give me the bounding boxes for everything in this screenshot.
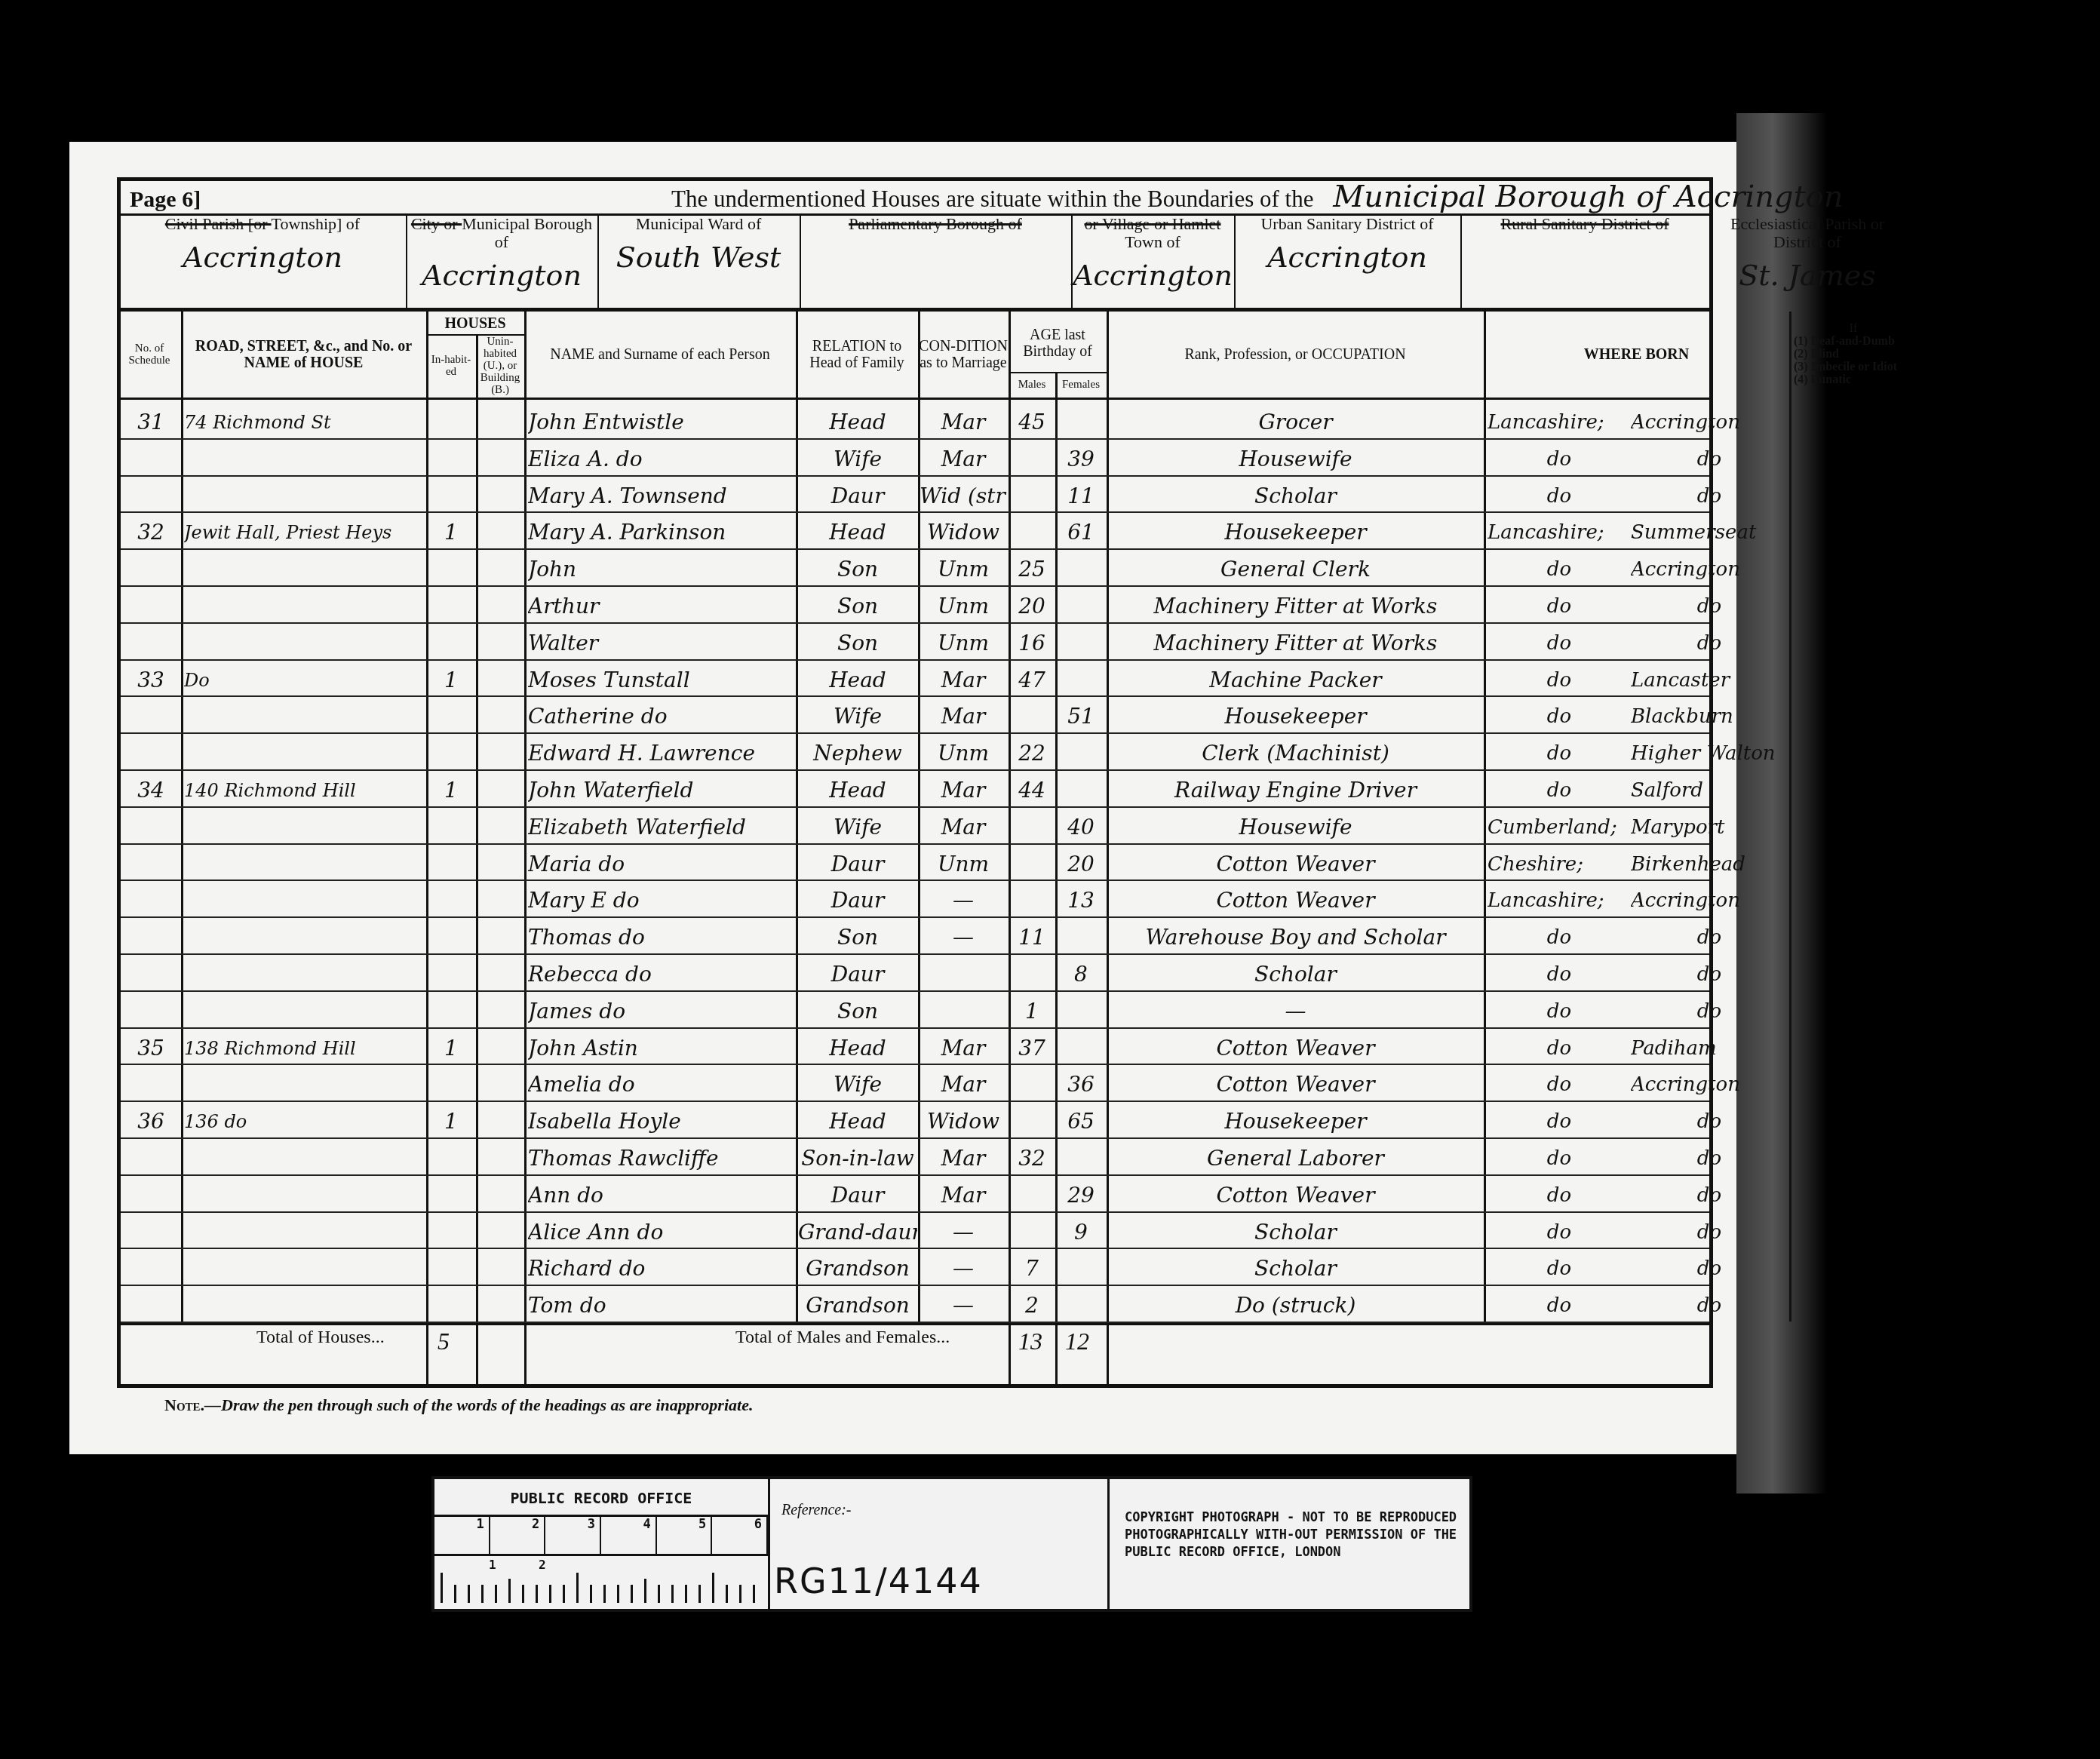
row-schedule: 33 bbox=[122, 660, 180, 697]
row-address bbox=[184, 1285, 424, 1322]
row-occupation: Housewife bbox=[1109, 807, 1482, 844]
row-born-place: do bbox=[1631, 1101, 1788, 1138]
col-houses: HOUSES bbox=[426, 313, 524, 334]
row-address bbox=[184, 439, 424, 476]
row-relation: Wife bbox=[798, 1064, 917, 1101]
row-born-county: Lancashire; bbox=[1487, 880, 1631, 917]
place-cell: City or Municipal Borough ofAccrington bbox=[406, 215, 597, 309]
row-name: Arthur bbox=[528, 586, 796, 623]
boundary-statement: The undermentioned Houses are situate wi… bbox=[671, 180, 1844, 214]
scale-mark: 2 bbox=[490, 1517, 546, 1554]
divider bbox=[1071, 216, 1073, 308]
row-address bbox=[184, 1212, 424, 1249]
col-condition: CON-DITION as to Marriage bbox=[918, 313, 1009, 396]
row-address bbox=[184, 1138, 424, 1175]
row-born-county: Cheshire; bbox=[1487, 844, 1631, 881]
row-relation: Wife bbox=[798, 439, 917, 476]
row-schedule bbox=[122, 733, 180, 770]
row-born-county: do bbox=[1487, 1138, 1631, 1175]
row-address bbox=[184, 733, 424, 770]
row-born-county: do bbox=[1487, 476, 1631, 513]
row-relation: Daur bbox=[798, 1175, 917, 1212]
row-born-place: Birkenhead bbox=[1631, 844, 1788, 881]
col-infirmity: If(1) Deaf-and-Dumb(2) Blind(3) Imbecile… bbox=[1794, 313, 1913, 396]
row-address bbox=[184, 807, 424, 844]
row-condition: Mar bbox=[920, 402, 1007, 439]
row-born-county: do bbox=[1487, 991, 1631, 1028]
column-rule bbox=[1789, 312, 1791, 1322]
row-condition bbox=[920, 991, 1007, 1028]
row-born-county: do bbox=[1487, 439, 1631, 476]
place-value: St. James bbox=[1709, 259, 1905, 292]
ruler-tick bbox=[658, 1585, 660, 1603]
row-inhabited bbox=[428, 1064, 474, 1101]
row-occupation: Clerk (Machinist) bbox=[1109, 733, 1482, 770]
scale-mark: 5 bbox=[657, 1517, 713, 1554]
row-occupation: Grocer bbox=[1109, 402, 1482, 439]
row-born-place: Padiham bbox=[1631, 1028, 1788, 1065]
row-male-age bbox=[1010, 1212, 1054, 1249]
row-inhabited: 1 bbox=[428, 1028, 474, 1065]
row-name: John Waterfield bbox=[528, 770, 796, 807]
col-schedule: No. of Schedule bbox=[119, 313, 180, 396]
row-address bbox=[184, 1064, 424, 1101]
row-occupation: Housewife bbox=[1109, 439, 1482, 476]
record-office-scale: PUBLIC RECORD OFFICE 123456 12 bbox=[434, 1479, 770, 1609]
row-name: Tom do bbox=[528, 1285, 796, 1322]
ruler-tick bbox=[712, 1573, 714, 1603]
row-male-age bbox=[1010, 807, 1054, 844]
row-born-place: do bbox=[1631, 623, 1788, 660]
row-occupation: Scholar bbox=[1109, 954, 1482, 991]
row-female-age: 9 bbox=[1057, 1212, 1105, 1249]
row-male-age bbox=[1010, 696, 1054, 733]
row-address: Do bbox=[184, 660, 424, 697]
row-name: Moses Tunstall bbox=[528, 660, 796, 697]
boundary-text: The undermentioned Houses are situate wi… bbox=[671, 186, 1313, 212]
row-condition: Mar bbox=[920, 1138, 1007, 1175]
row-inhabited bbox=[428, 1175, 474, 1212]
row-occupation: General Laborer bbox=[1109, 1138, 1482, 1175]
ruler-mark: 1 bbox=[489, 1558, 496, 1572]
row-female-age bbox=[1057, 1028, 1105, 1065]
row-address bbox=[184, 954, 424, 991]
row-born-county: do bbox=[1487, 1101, 1631, 1138]
row-schedule bbox=[122, 696, 180, 733]
divider bbox=[800, 216, 801, 308]
place-cell: Parliamentary Borough of bbox=[800, 215, 1071, 309]
row-occupation: Scholar bbox=[1109, 1212, 1482, 1249]
row-male-age: 32 bbox=[1010, 1138, 1054, 1175]
row-address: 140 Richmond Hill bbox=[184, 770, 424, 807]
row-address bbox=[184, 549, 424, 586]
row-female-age: 51 bbox=[1057, 696, 1105, 733]
row-relation: Son bbox=[798, 586, 917, 623]
row-condition: Mar bbox=[920, 1064, 1007, 1101]
row-born-place: do bbox=[1631, 1248, 1788, 1285]
row-female-age: 13 bbox=[1057, 880, 1105, 917]
row-name: Richard do bbox=[528, 1248, 796, 1285]
row-female-age: 8 bbox=[1057, 954, 1105, 991]
row-name: Isabella Hoyle bbox=[528, 1101, 796, 1138]
row-born-place: do bbox=[1631, 586, 1788, 623]
row-relation: Head bbox=[798, 1028, 917, 1065]
row-name: Amelia do bbox=[528, 1064, 796, 1101]
ruler-tick bbox=[549, 1585, 551, 1603]
row-schedule: 31 bbox=[122, 402, 180, 439]
page-label: Page 6] bbox=[130, 187, 201, 213]
row-occupation: Warehouse Boy and Scholar bbox=[1109, 917, 1482, 954]
row-born-place: Lancaster bbox=[1631, 660, 1788, 697]
row-schedule bbox=[122, 991, 180, 1028]
row-occupation: General Clerk bbox=[1109, 549, 1482, 586]
row-condition: Wid (struck) bbox=[920, 476, 1007, 513]
row-female-age bbox=[1057, 660, 1105, 697]
row-born-county: Lancashire; bbox=[1487, 512, 1631, 549]
row-female-age: 65 bbox=[1057, 1101, 1105, 1138]
row-occupation: — bbox=[1109, 991, 1482, 1028]
reference-value: RG11/4144 bbox=[774, 1561, 983, 1601]
row-inhabited bbox=[428, 623, 474, 660]
row-schedule bbox=[122, 880, 180, 917]
row-female-age: 39 bbox=[1057, 439, 1105, 476]
row-name: Rebecca do bbox=[528, 954, 796, 991]
row-male-age: 22 bbox=[1010, 733, 1054, 770]
row-male-age bbox=[1010, 880, 1054, 917]
place-label: Civil Parish [or Township] of bbox=[119, 215, 406, 233]
total-females-value: 12 bbox=[1065, 1328, 1089, 1355]
total-houses-label: Total of Houses... bbox=[256, 1328, 385, 1348]
divider bbox=[406, 216, 407, 308]
row-inhabited bbox=[428, 807, 474, 844]
ruler-tick bbox=[508, 1579, 511, 1603]
total-males-value: 13 bbox=[1018, 1328, 1042, 1355]
row-schedule bbox=[122, 476, 180, 513]
row-born-county: do bbox=[1487, 770, 1631, 807]
row-inhabited bbox=[428, 439, 474, 476]
row-name: Eliza A. do bbox=[528, 439, 796, 476]
row-schedule bbox=[122, 1138, 180, 1175]
row-female-age: 29 bbox=[1057, 1175, 1105, 1212]
row-inhabited bbox=[428, 954, 474, 991]
row-name: Walter bbox=[528, 623, 796, 660]
record-office-title: PUBLIC RECORD OFFICE bbox=[434, 1479, 768, 1517]
row-condition: — bbox=[920, 1212, 1007, 1249]
place-value: Accrington bbox=[406, 259, 597, 292]
row-born-place: Summerseat bbox=[1631, 512, 1788, 549]
col-relation: RELATION to Head of Family bbox=[796, 313, 918, 396]
total-persons-label: Total of Males and Females... bbox=[735, 1328, 950, 1348]
infirmity-option: (1) Deaf-and-Dumb bbox=[1794, 335, 1895, 348]
row-inhabited bbox=[428, 476, 474, 513]
row-schedule: 36 bbox=[122, 1101, 180, 1138]
row-condition: Mar bbox=[920, 770, 1007, 807]
column-rule bbox=[524, 312, 527, 1388]
divider bbox=[1709, 216, 1711, 308]
row-occupation: Cotton Weaver bbox=[1109, 1175, 1482, 1212]
row-male-age bbox=[1010, 954, 1054, 991]
ruler-tick bbox=[685, 1585, 687, 1603]
row-schedule bbox=[122, 954, 180, 991]
ruler-tick bbox=[698, 1585, 701, 1603]
ruler-tick bbox=[753, 1585, 755, 1603]
row-female-age bbox=[1057, 402, 1105, 439]
infirmity-if: If bbox=[1794, 323, 1913, 335]
row-inhabited bbox=[428, 586, 474, 623]
divider bbox=[1460, 216, 1462, 308]
place-label: Ecclesiastical Parish or District of bbox=[1709, 215, 1905, 251]
infirmity-option: (2) Blind bbox=[1794, 348, 1839, 361]
column-rule bbox=[1484, 312, 1486, 1322]
row-female-age bbox=[1057, 549, 1105, 586]
row-occupation: Machinery Fitter at Works bbox=[1109, 623, 1482, 660]
row-born-county: Lancashire; bbox=[1487, 402, 1631, 439]
record-office-label: PUBLIC RECORD OFFICE 123456 12 Reference… bbox=[431, 1476, 1472, 1612]
infirmity-option: (4) Lunatic bbox=[1794, 373, 1851, 386]
ruler-tick bbox=[644, 1579, 646, 1603]
row-schedule bbox=[122, 1175, 180, 1212]
row-born-county: do bbox=[1487, 1248, 1631, 1285]
row-inhabited bbox=[428, 1248, 474, 1285]
row-born-place: do bbox=[1631, 1212, 1788, 1249]
place-cell: Ecclesiastical Parish or District ofSt. … bbox=[1709, 215, 1905, 309]
row-female-age bbox=[1057, 917, 1105, 954]
row-condition: Widow bbox=[920, 512, 1007, 549]
row-relation: Head bbox=[798, 660, 917, 697]
row-address: 74 Richmond St bbox=[184, 402, 424, 439]
infirmity-option: (3) Imbecile or Idiot bbox=[1794, 361, 1897, 373]
row-born-place: Salford bbox=[1631, 770, 1788, 807]
row-occupation: Machine Packer bbox=[1109, 660, 1482, 697]
row-female-age: 20 bbox=[1057, 844, 1105, 881]
row-born-place: do bbox=[1631, 1175, 1788, 1212]
row-inhabited bbox=[428, 733, 474, 770]
row-occupation: Railway Engine Driver bbox=[1109, 770, 1482, 807]
copyright-notice: COPYRIGHT PHOTOGRAPH - NOT TO BE REPRODU… bbox=[1110, 1479, 1472, 1609]
row-inhabited bbox=[428, 402, 474, 439]
row-relation: Son bbox=[798, 549, 917, 586]
place-value: Accrington bbox=[1071, 259, 1234, 292]
row-name: John Astin bbox=[528, 1028, 796, 1065]
reference-box: Reference:- RG11/4144 bbox=[770, 1479, 1110, 1609]
row-schedule bbox=[122, 1248, 180, 1285]
scale-marks: 123456 bbox=[434, 1517, 768, 1556]
row-male-age bbox=[1010, 476, 1054, 513]
row-born-county: do bbox=[1487, 1212, 1631, 1249]
place-label: Parliamentary Borough of bbox=[800, 215, 1071, 233]
row-address bbox=[184, 696, 424, 733]
row-condition: Mar bbox=[920, 660, 1007, 697]
row-condition: — bbox=[920, 917, 1007, 954]
column-rule bbox=[476, 336, 478, 1388]
row-condition: Mar bbox=[920, 1028, 1007, 1065]
row-male-age: 20 bbox=[1010, 586, 1054, 623]
row-born-place: do bbox=[1631, 439, 1788, 476]
row-occupation: Cotton Weaver bbox=[1109, 1028, 1482, 1065]
row-condition: Mar bbox=[920, 696, 1007, 733]
row-relation: Head bbox=[798, 402, 917, 439]
row-inhabited bbox=[428, 696, 474, 733]
row-occupation: Do (struck) bbox=[1109, 1285, 1482, 1322]
scale-mark: 4 bbox=[601, 1517, 657, 1554]
row-condition: Unm bbox=[920, 586, 1007, 623]
row-female-age bbox=[1057, 991, 1105, 1028]
row-male-age: 7 bbox=[1010, 1248, 1054, 1285]
place-label: Municipal Ward of bbox=[597, 215, 800, 233]
row-name: Mary E do bbox=[528, 880, 796, 917]
row-schedule bbox=[122, 586, 180, 623]
row-inhabited bbox=[428, 917, 474, 954]
row-male-age: 45 bbox=[1010, 402, 1054, 439]
row-condition: — bbox=[920, 1285, 1007, 1322]
row-born-place: Accrington bbox=[1631, 549, 1788, 586]
col-name: NAME and Surname of each Person bbox=[524, 313, 796, 396]
row-address: 138 Richmond Hill bbox=[184, 1028, 424, 1065]
row-schedule bbox=[122, 844, 180, 881]
ruler-tick bbox=[454, 1585, 456, 1603]
row-born-county: do bbox=[1487, 1175, 1631, 1212]
row-born-place: Higher Walton bbox=[1631, 733, 1788, 770]
row-male-age bbox=[1010, 1175, 1054, 1212]
col-where-born: WHERE BORN bbox=[1484, 313, 1789, 396]
row-name: Elizabeth Waterfield bbox=[528, 807, 796, 844]
row-schedule bbox=[122, 623, 180, 660]
ruler-tick bbox=[468, 1585, 470, 1603]
row-male-age bbox=[1010, 1064, 1054, 1101]
row-born-county: do bbox=[1487, 696, 1631, 733]
row-occupation: Housekeeper bbox=[1109, 512, 1482, 549]
row-condition: Unm bbox=[920, 844, 1007, 881]
row-inhabited: 1 bbox=[428, 660, 474, 697]
row-occupation: Cotton Weaver bbox=[1109, 844, 1482, 881]
row-schedule bbox=[122, 549, 180, 586]
row-relation: Son bbox=[798, 991, 917, 1028]
row-name: James do bbox=[528, 991, 796, 1028]
row-born-place: Accrington bbox=[1631, 402, 1788, 439]
ruler-tick bbox=[631, 1585, 633, 1603]
row-occupation: Cotton Weaver bbox=[1109, 1064, 1482, 1101]
divider bbox=[117, 398, 1713, 400]
row-address: 136 do bbox=[184, 1101, 424, 1138]
row-born-county: do bbox=[1487, 954, 1631, 991]
row-born-county: Cumberland; bbox=[1487, 807, 1631, 844]
col-age: AGE last Birthday of bbox=[1009, 313, 1107, 373]
row-occupation: Scholar bbox=[1109, 1248, 1482, 1285]
row-born-place: do bbox=[1631, 991, 1788, 1028]
place-cell: Civil Parish [or Township] ofAccrington bbox=[119, 215, 406, 309]
row-male-age: 11 bbox=[1010, 917, 1054, 954]
ruler-tick bbox=[617, 1585, 619, 1603]
row-relation: Head bbox=[798, 770, 917, 807]
row-inhabited bbox=[428, 991, 474, 1028]
ruler-tick bbox=[590, 1585, 592, 1603]
row-condition: Mar bbox=[920, 439, 1007, 476]
row-inhabited: 1 bbox=[428, 512, 474, 549]
row-name: Ann do bbox=[528, 1175, 796, 1212]
row-occupation: Housekeeper bbox=[1109, 1101, 1482, 1138]
row-name: John Entwistle bbox=[528, 402, 796, 439]
row-inhabited bbox=[428, 844, 474, 881]
row-address bbox=[184, 476, 424, 513]
row-inhabited bbox=[428, 549, 474, 586]
row-name: Edward H. Lawrence bbox=[528, 733, 796, 770]
row-occupation: Cotton Weaver bbox=[1109, 880, 1482, 917]
row-male-age: 37 bbox=[1010, 1028, 1054, 1065]
row-born-place: do bbox=[1631, 954, 1788, 991]
row-name: Mary A. Townsend bbox=[528, 476, 796, 513]
row-condition bbox=[920, 954, 1007, 991]
row-born-county: do bbox=[1487, 549, 1631, 586]
row-inhabited bbox=[428, 1138, 474, 1175]
row-address bbox=[184, 1248, 424, 1285]
row-relation: Son bbox=[798, 623, 917, 660]
scale-mark: 1 bbox=[434, 1517, 490, 1554]
row-address bbox=[184, 844, 424, 881]
row-address bbox=[184, 586, 424, 623]
row-inhabited: 1 bbox=[428, 1101, 474, 1138]
col-occupation: Rank, Profession, or OCCUPATION bbox=[1107, 313, 1484, 396]
row-occupation: Scholar bbox=[1109, 476, 1482, 513]
row-condition: Unm bbox=[920, 623, 1007, 660]
row-male-age bbox=[1010, 439, 1054, 476]
row-schedule: 35 bbox=[122, 1028, 180, 1065]
row-relation: Nephew bbox=[798, 733, 917, 770]
row-schedule bbox=[122, 1212, 180, 1249]
ruler-tick bbox=[563, 1585, 565, 1603]
total-houses-value: 5 bbox=[437, 1328, 450, 1355]
row-relation: Wife bbox=[798, 807, 917, 844]
reference-label: Reference:- bbox=[781, 1502, 852, 1519]
col-males: Males bbox=[1009, 373, 1055, 396]
row-female-age: 40 bbox=[1057, 807, 1105, 844]
place-label: or Village or Hamlet Town of bbox=[1071, 215, 1234, 251]
row-born-county: do bbox=[1487, 733, 1631, 770]
row-schedule bbox=[122, 1285, 180, 1322]
row-male-age: 1 bbox=[1010, 991, 1054, 1028]
row-relation: Daur bbox=[798, 880, 917, 917]
row-male-age: 16 bbox=[1010, 623, 1054, 660]
row-relation: Grand-daur bbox=[798, 1212, 917, 1249]
row-occupation: Machinery Fitter at Works bbox=[1109, 586, 1482, 623]
row-born-county: do bbox=[1487, 586, 1631, 623]
ruler-mark: 2 bbox=[539, 1558, 546, 1572]
row-born-county: do bbox=[1487, 1028, 1631, 1065]
place-value: South West bbox=[597, 241, 800, 274]
row-inhabited bbox=[428, 880, 474, 917]
note-prefix: Note. bbox=[164, 1395, 204, 1414]
row-address bbox=[184, 991, 424, 1028]
row-male-age bbox=[1010, 1101, 1054, 1138]
row-male-age bbox=[1010, 844, 1054, 881]
row-female-age bbox=[1057, 623, 1105, 660]
row-inhabited bbox=[428, 1285, 474, 1322]
ruler-tick bbox=[522, 1585, 524, 1603]
row-born-place: Maryport bbox=[1631, 807, 1788, 844]
row-name: Mary A. Parkinson bbox=[528, 512, 796, 549]
row-male-age: 25 bbox=[1010, 549, 1054, 586]
row-born-county: do bbox=[1487, 660, 1631, 697]
row-relation: Daur bbox=[798, 476, 917, 513]
row-relation: Daur bbox=[798, 844, 917, 881]
row-born-place: do bbox=[1631, 917, 1788, 954]
row-occupation: Housekeeper bbox=[1109, 696, 1482, 733]
ruler-tick bbox=[481, 1585, 484, 1603]
row-born-place: do bbox=[1631, 1138, 1788, 1175]
ruler-tick bbox=[739, 1585, 741, 1603]
row-condition: — bbox=[920, 880, 1007, 917]
place-cell: Municipal Ward ofSouth West bbox=[597, 215, 800, 309]
ruler-tick bbox=[603, 1585, 606, 1603]
